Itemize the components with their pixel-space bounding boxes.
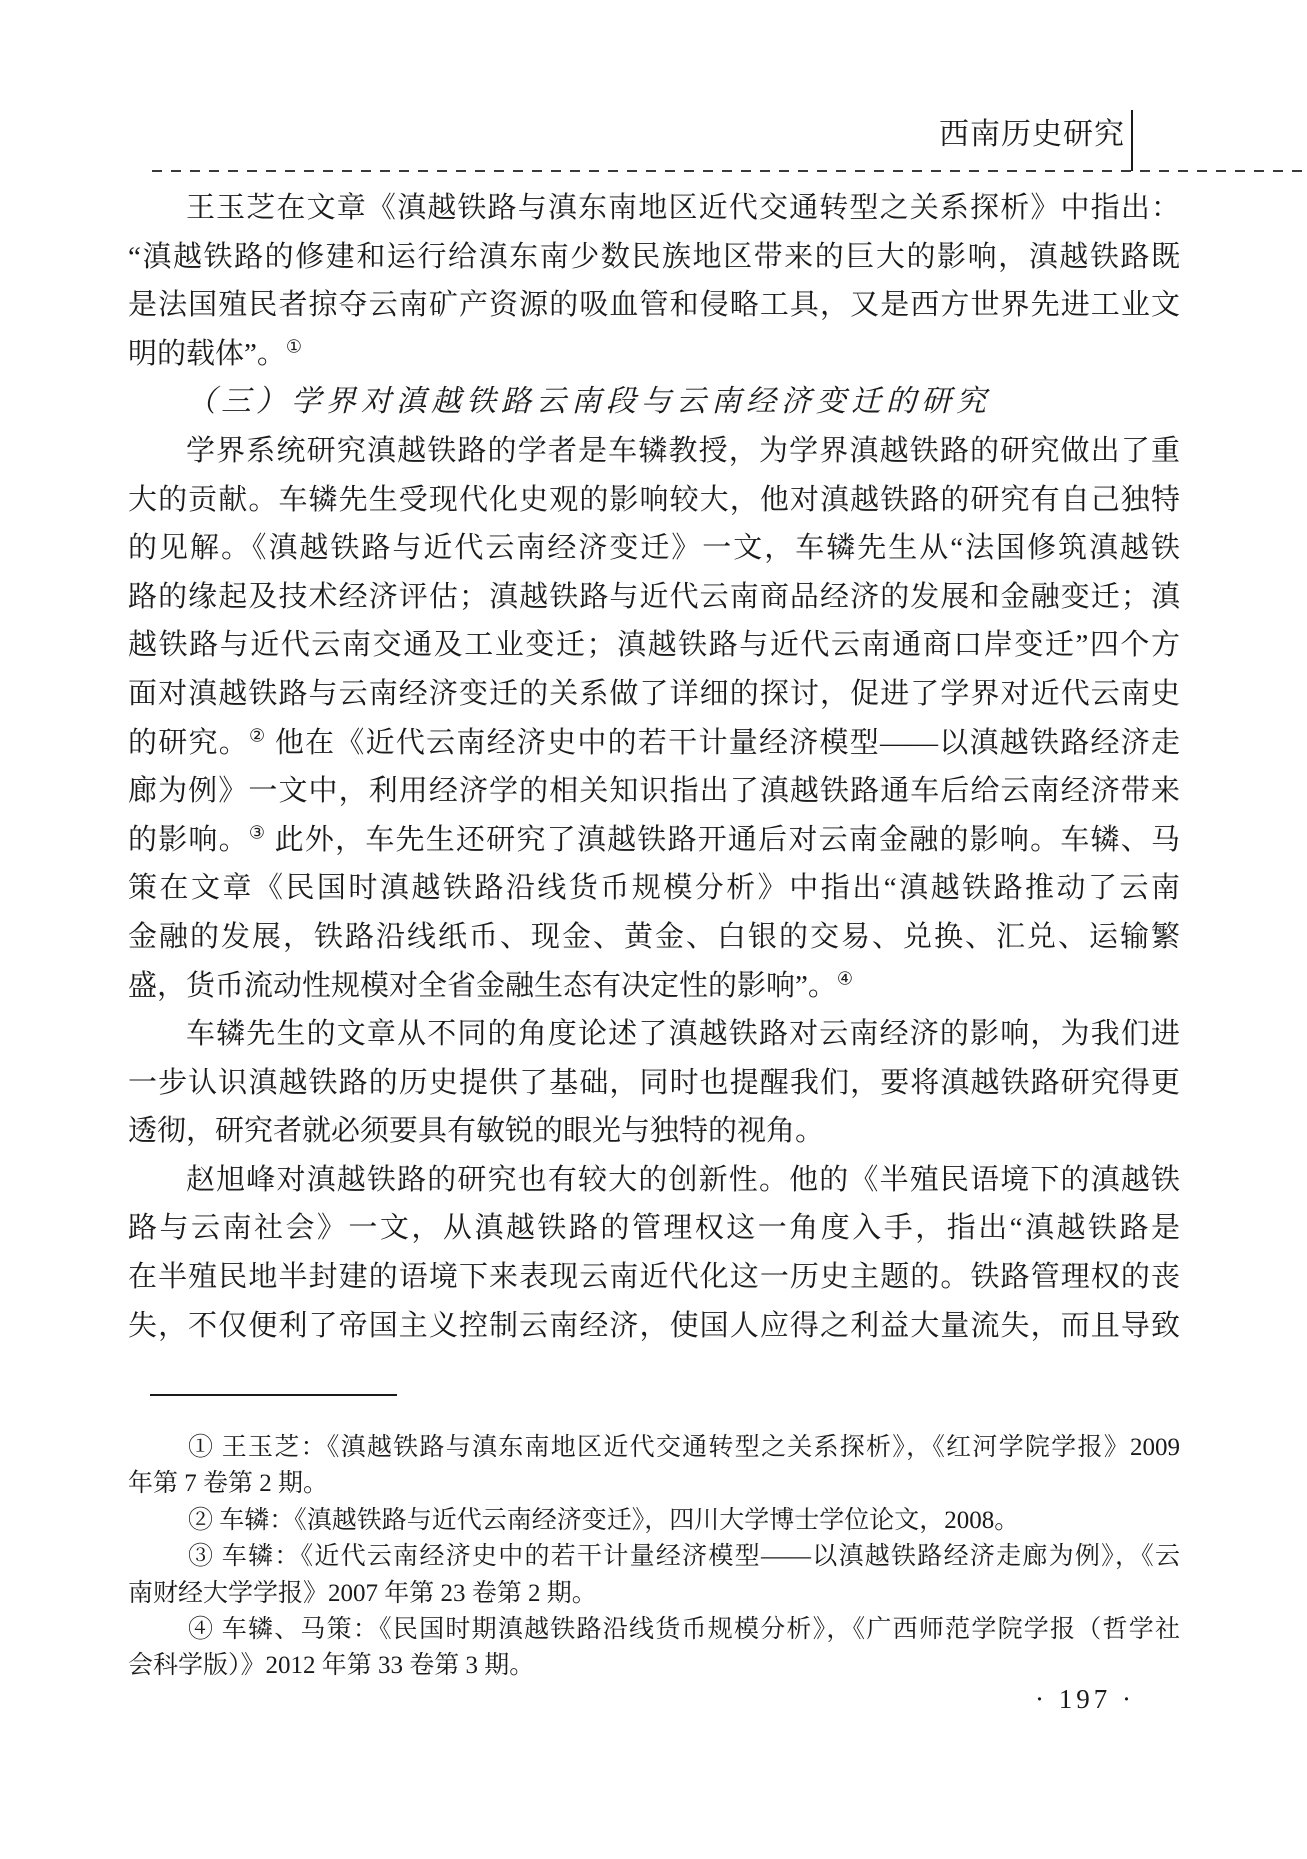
text-line: ③ 车辚：《近代云南经济史中的若干计量经济模型——以滇越铁路经济走廊为例》，《云 bbox=[128, 1539, 1180, 1575]
text-line: 车辚先生的文章从不同的角度论述了滇越铁路对云南经济的影响，为我们进 bbox=[128, 1010, 1180, 1059]
section-heading: （三）学界对滇越铁路云南段与云南经济变迁的研究 bbox=[128, 378, 1180, 427]
text-line: 面对滇越铁路与云南经济变迁的关系做了详细的探讨，促进了学界对近代云南史 bbox=[128, 670, 1180, 719]
text-line: “滇越铁路的修建和运行给滇东南少数民族地区带来的巨大的影响，滇越铁路既 bbox=[128, 233, 1180, 282]
footnote-ref-marker: ② bbox=[249, 725, 266, 745]
text-line: ④ 车辚、马策：《民国时期滇越铁路沿线货币规模分析》，《广西师范学院学报（哲学社 bbox=[128, 1612, 1180, 1648]
page-number: · 197 · bbox=[1035, 1684, 1135, 1715]
header-dashed-rule bbox=[152, 170, 1307, 172]
text-line: 的研究。② 他在《近代云南经济史中的若干计量经济模型——以滇越铁路经济走 bbox=[128, 719, 1180, 768]
footnote-ref-marker: ④ bbox=[837, 968, 853, 988]
footnote-separator bbox=[150, 1394, 397, 1396]
text-line: ② 车辚：《滇越铁路与近代云南经济变迁》，四川大学博士学位论文，2008。 bbox=[128, 1503, 1180, 1539]
text-line: 策在文章《民国时滇越铁路沿线货币规模分析》中指出“滇越铁路推动了云南 bbox=[128, 864, 1180, 913]
text-line: 会科学版）》2012 年第 33 卷第 3 期。 bbox=[128, 1648, 1180, 1684]
article-body: 王玉芝在文章《滇越铁路与滇东南地区近代交通转型之关系探析》中指出：“滇越铁路的修… bbox=[128, 184, 1180, 1350]
text-line: 在半殖民地半封建的语境下来表现云南近代化这一历史主题的。铁路管理权的丧 bbox=[128, 1253, 1180, 1302]
text-line: 廊为例》一文中，利用经济学的相关知识指出了滇越铁路通车后给云南经济带来 bbox=[128, 767, 1180, 816]
text-line: 失，不仅便利了帝国主义控制云南经济，使国人应得之利益大量流失，而且导致 bbox=[128, 1302, 1180, 1351]
text-line: 学界系统研究滇越铁路的学者是车辚教授，为学界滇越铁路的研究做出了重 bbox=[128, 427, 1180, 476]
text-line: 透彻，研究者就必须要具有敏锐的眼光与独特的视角。 bbox=[128, 1107, 1180, 1156]
text-line: 王玉芝在文章《滇越铁路与滇东南地区近代交通转型之关系探析》中指出： bbox=[128, 184, 1180, 233]
footnote-ref-marker: ① bbox=[286, 336, 302, 356]
text-line: 的见解。《滇越铁路与近代云南经济变迁》一文，车辚先生从“法国修筑滇越铁 bbox=[128, 524, 1180, 573]
text-line: ① 王玉芝：《滇越铁路与滇东南地区近代交通转型之关系探析》，《红河学院学报》20… bbox=[128, 1430, 1180, 1466]
text-line: 金融的发展，铁路沿线纸币、现金、黄金、白银的交易、兑换、汇兑、运输繁 bbox=[128, 913, 1180, 962]
text-line: 的影响。③ 此外，车先生还研究了滇越铁路开通后对云南金融的影响。车辚、马 bbox=[128, 816, 1180, 865]
text-line: 赵旭峰对滇越铁路的研究也有较大的创新性。他的《半殖民语境下的滇越铁 bbox=[128, 1156, 1180, 1205]
text-line: 明的载体”。① bbox=[128, 330, 1180, 379]
header-divider-bar bbox=[1131, 110, 1133, 171]
text-line: 路与云南社会》一文，从滇越铁路的管理权这一角度入手，指出“滇越铁路是 bbox=[128, 1204, 1180, 1253]
text-line: 年第 7 卷第 2 期。 bbox=[128, 1466, 1180, 1502]
text-line: 越铁路与近代云南交通及工业变迁；滇越铁路与近代云南通商口岸变迁”四个方 bbox=[128, 621, 1180, 670]
text-line: 大的贡献。车辚先生受现代化史观的影响较大，他对滇越铁路的研究有自己独特 bbox=[128, 476, 1180, 525]
text-line: 盛，货币流动性规模对全省金融生态有决定性的影响”。④ bbox=[128, 962, 1180, 1011]
document-page: 西南历史研究 王玉芝在文章《滇越铁路与滇东南地区近代交通转型之关系探析》中指出：… bbox=[0, 0, 1307, 1859]
footnote-ref-marker: ③ bbox=[249, 822, 266, 842]
journal-title: 西南历史研究 bbox=[939, 109, 1125, 153]
footnotes: ① 王玉芝：《滇越铁路与滇东南地区近代交通转型之关系探析》，《红河学院学报》20… bbox=[128, 1430, 1180, 1685]
text-line: 南财经大学学报》2007 年第 23 卷第 2 期。 bbox=[128, 1576, 1180, 1612]
text-line: 路的缘起及技术经济评估；滇越铁路与近代云南商品经济的发展和金融变迁；滇 bbox=[128, 573, 1180, 622]
text-line: 是法国殖民者掠夺云南矿产资源的吸血管和侵略工具，又是西方世界先进工业文 bbox=[128, 281, 1180, 330]
text-line: 一步认识滇越铁路的历史提供了基础，同时也提醒我们，要将滇越铁路研究得更 bbox=[128, 1059, 1180, 1108]
